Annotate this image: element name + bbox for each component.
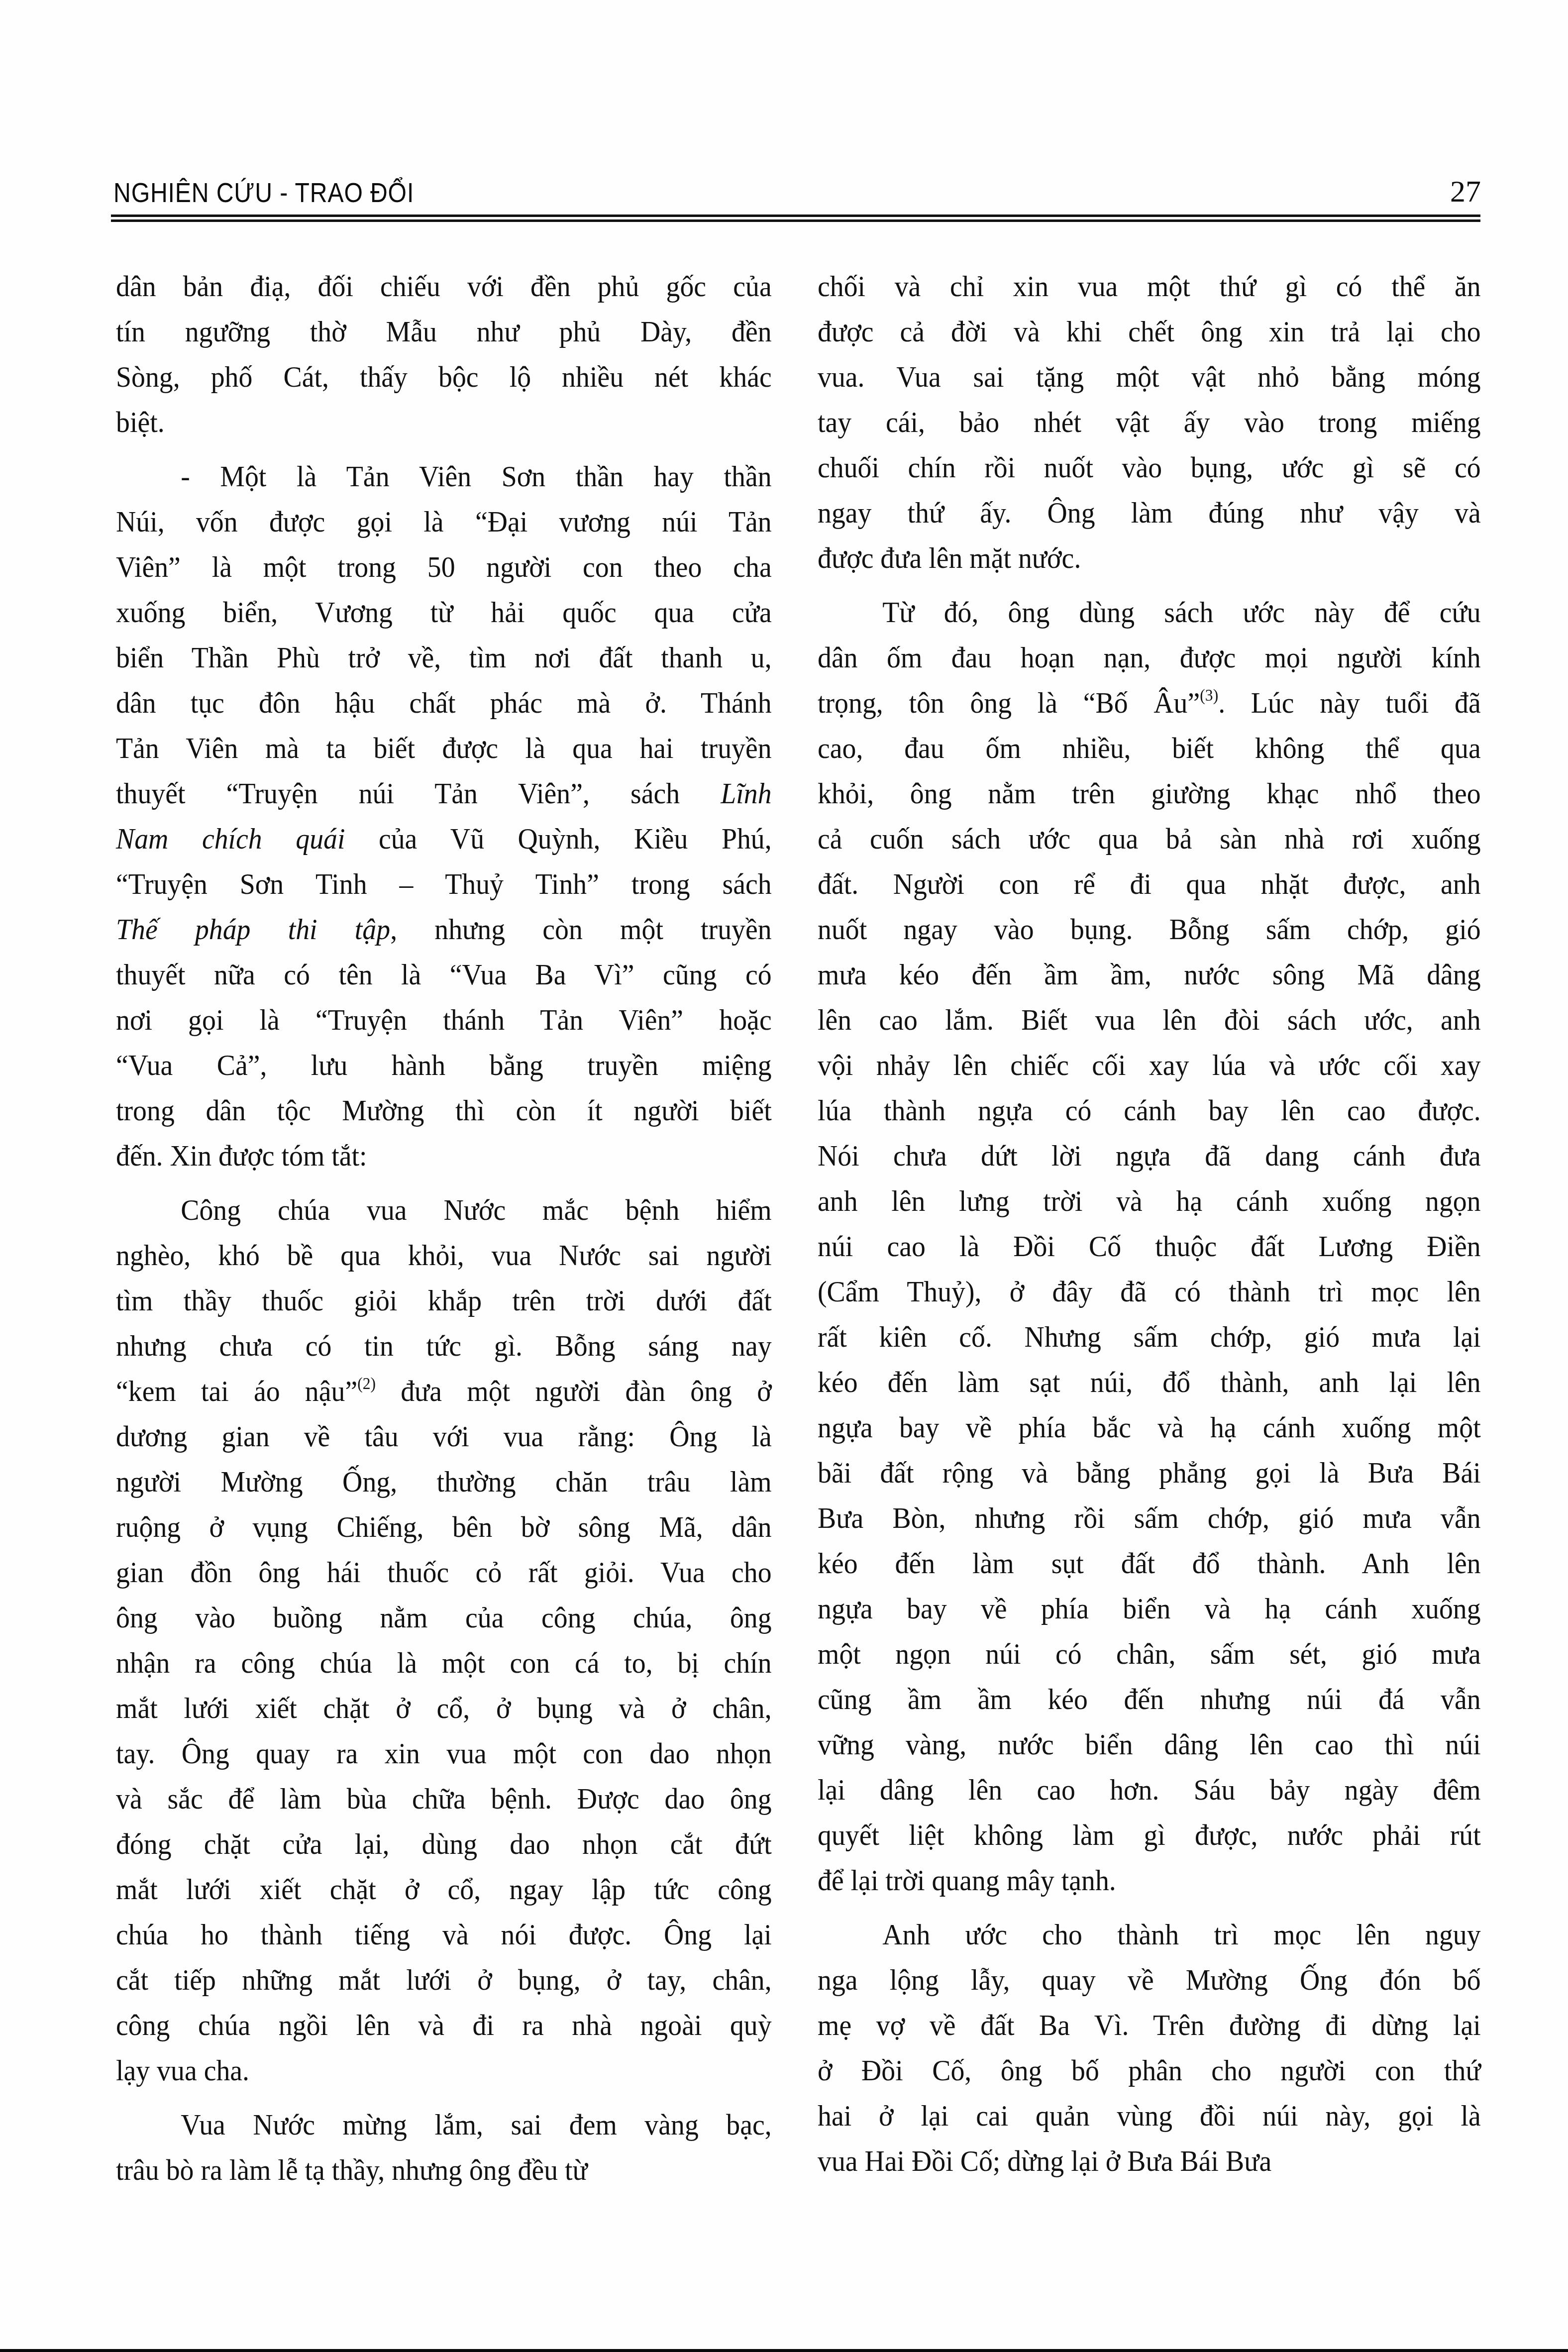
text-line: ở Đồi Cố, ông bố phân cho người con thứ: [818, 2048, 1481, 2093]
text-line: bãi đất rộng và bằng phẳng gọi là Bưa Bá…: [818, 1450, 1481, 1496]
text-line: “Truyện Sơn Tinh – Thuỷ Tinh” trong sách: [116, 861, 772, 907]
section-title: NGHIÊN CỨU - TRAO ĐỔI: [113, 175, 414, 210]
text-line: tín ngưỡng thờ Mẫu như phủ Dày, đền: [116, 309, 772, 354]
text-line: người Mường Ống, thường chăn trâu làm: [116, 1459, 772, 1504]
text-line: Thế pháp thi tập, nhưng còn một truyền: [116, 907, 772, 952]
text-line: nghèo, khó bề qua khỏi, vua Nước sai ngư…: [116, 1233, 772, 1278]
text-line: “Vua Cả”, lưu hành bằng truyền miệng: [116, 1043, 772, 1088]
text-line: Anh ước cho thành trì mọc lên nguy: [818, 1912, 1481, 1957]
text-line: để lại trời quang mây tạnh.: [818, 1858, 1481, 1903]
left-column: dân bản điạ, đối chiếu với đền phủ gốc c…: [116, 264, 772, 2193]
text-line: ngựa bay về phía bắc và hạ cánh xuống mộ…: [818, 1405, 1481, 1450]
text-line: dân bản điạ, đối chiếu với đền phủ gốc c…: [116, 264, 772, 309]
text-line: núi cao là Đồi Cố thuộc đất Lương Điền: [818, 1224, 1481, 1269]
text-line: dương gian về tâu với vua rằng: Ông là: [116, 1414, 772, 1459]
paragraph-gap: [818, 1903, 1481, 1912]
text-line: trọng, tôn ông là “Bố Âu”(3). Lúc này tu…: [818, 680, 1481, 726]
text-line: rất kiên cố. Nhưng sấm chớp, gió mưa lại: [818, 1314, 1481, 1360]
text-line: nhận ra công chúa là một con cá to, bị c…: [116, 1640, 772, 1686]
text-line: nhưng chưa có tin tức gì. Bỗng sáng nay: [116, 1323, 772, 1369]
text-line: đến. Xin được tóm tắt:: [116, 1133, 772, 1178]
paragraph-gap: [818, 581, 1481, 590]
page-number: 27: [1450, 174, 1481, 209]
text-line: được đưa lên mặt nước.: [818, 535, 1481, 581]
text-line: dân tục đôn hậu chất phác mà ở. Thánh: [116, 680, 772, 726]
text-line: lại dâng lên cao hơn. Sáu bảy ngày đêm: [818, 1767, 1481, 1813]
text-line: trâu bò ra làm lễ tạ thầy, nhưng ông đều…: [116, 2147, 772, 2193]
text-line: cao, đau ốm nhiều, biết không thể qua: [818, 726, 1481, 771]
text-line: vua. Vua sai tặng một vật nhỏ bằng móng: [818, 354, 1481, 400]
paragraph-gap: [116, 1178, 772, 1187]
paragraph: dân bản điạ, đối chiếu với đền phủ gốc c…: [116, 264, 772, 445]
text-line: kéo đến làm sụt đất đổ thành. Anh lên: [818, 1541, 1481, 1586]
text-line: Viên” là một trong 50 người con theo cha: [116, 544, 772, 590]
text-line: lên cao lắm. Biết vua lên đòi sách ước, …: [818, 997, 1481, 1043]
text-line: mắt lưới xiết chặt ở cổ, ở bụng và ở châ…: [116, 1686, 772, 1731]
text-line: dân ốm đau hoạn nạn, được mọi người kính: [818, 635, 1481, 680]
text-line: cả cuốn sách ước qua bả sàn nhà rơi xuốn…: [818, 816, 1481, 861]
running-header: NGHIÊN CỨU - TRAO ĐỔI 27: [113, 175, 1481, 210]
text-line: nuốt ngay vào bụng. Bỗng sấm chớp, gió: [818, 907, 1481, 952]
text-line: mưa kéo đến ầm ầm, nước sông Mã dâng: [818, 952, 1481, 997]
text-line: xuống biển, Vương từ hải quốc qua cửa: [116, 590, 772, 635]
text-line: mẹ vợ về đất Ba Vì. Trên đường đi dừng l…: [818, 2003, 1481, 2048]
text-line: biển Thần Phù trở về, tìm nơi đất thanh …: [116, 635, 772, 680]
text-line: chuối chín rồi nuốt vào bụng, ước gì sẽ …: [818, 445, 1481, 490]
text-line: thuyết “Truyện núi Tản Viên”, sách Lĩnh: [116, 771, 772, 816]
text-line: trong dân tộc Mường thì còn ít người biế…: [116, 1088, 772, 1133]
text-line: Nam chích quái của Vũ Quỳnh, Kiều Phú,: [116, 816, 772, 861]
text-line: lúa thành ngựa có cánh bay lên cao được.: [818, 1088, 1481, 1133]
text-line: Núi, vốn được gọi là “Đại vương núi Tản: [116, 499, 772, 544]
text-line: (Cẩm Thuỷ), ở đây đã có thành trì mọc lê…: [818, 1269, 1481, 1314]
paragraph: - Một là Tản Viên Sơn thần hay thầnNúi, …: [116, 454, 772, 1178]
text-line: Bưa Bòn, nhưng rồi sấm chớp, gió mưa vẫn: [818, 1496, 1481, 1541]
header-rule-bottom: [111, 219, 1480, 222]
text-line: Tản Viên mà ta biết được là qua hai truy…: [116, 726, 772, 771]
text-line: ông vào buồng nằm của công chúa, ông: [116, 1595, 772, 1640]
text-line: quyết liệt không làm gì được, nước phải …: [818, 1813, 1481, 1858]
text-line: vững vàng, nước biển dâng lên cao thì nú…: [818, 1722, 1481, 1767]
text-line: cũng ầm ầm kéo đến nhưng núi đá vẫn: [818, 1677, 1481, 1722]
text-line: kéo đến làm sạt núi, đổ thành, anh lại l…: [818, 1360, 1481, 1405]
text-line: chúa ho thành tiếng và nói được. Ông lại: [116, 1912, 772, 1957]
text-line: tìm thầy thuốc giỏi khắp trên trời dưới …: [116, 1278, 772, 1323]
text-line: gian đồn ông hái thuốc cỏ rất giỏi. Vua …: [116, 1550, 772, 1595]
text-line: và sắc để làm bùa chữa bệnh. Được dao ôn…: [116, 1776, 772, 1821]
paragraph-gap: [116, 445, 772, 454]
text-line: hai ở lại cai quản vùng đồi núi này, gọi…: [818, 2093, 1481, 2138]
text-line: nơi gọi là “Truyện thánh Tản Viên” hoặc: [116, 997, 772, 1043]
text-line: Nói chưa dứt lời ngựa đã dang cánh đưa: [818, 1133, 1481, 1178]
right-column: chối và chỉ xin vua một thứ gì có thể ăn…: [818, 264, 1481, 2184]
scan-bottom-edge: [0, 2349, 1568, 2352]
paragraph: Công chúa vua Nước mắc bệnh hiểmnghèo, k…: [116, 1187, 772, 2093]
document-page: NGHIÊN CỨU - TRAO ĐỔI 27 dân bản điạ, đố…: [0, 0, 1568, 2352]
text-line: - Một là Tản Viên Sơn thần hay thần: [116, 454, 772, 499]
text-line: tay cái, bảo nhét vật ấy vào trong miếng: [818, 400, 1481, 445]
text-line: vội nhảy lên chiếc cối xay lúa và ước cố…: [818, 1043, 1481, 1088]
text-line: được cả đời và khi chết ông xin trả lại …: [818, 309, 1481, 354]
text-line: ngựa bay về phía biển và hạ cánh xuống: [818, 1586, 1481, 1631]
text-line: Từ đó, ông dùng sách ước này để cứu: [818, 590, 1481, 635]
text-line: biệt.: [116, 400, 772, 445]
text-line: cắt tiếp những mắt lưới ở bụng, ở tay, c…: [116, 1957, 772, 2003]
paragraph: Vua Nước mừng lắm, sai đem vàng bạc,trâu…: [116, 2102, 772, 2193]
text-line: khỏi, ông nằm trên giường khạc nhổ theo: [818, 771, 1481, 816]
text-line: Công chúa vua Nước mắc bệnh hiểm: [116, 1187, 772, 1233]
paragraph: Từ đó, ông dùng sách ước này để cứudân ố…: [818, 590, 1481, 1903]
text-line: thuyết nữa có tên là “Vua Ba Vì” cũng có: [116, 952, 772, 997]
text-line: ruộng ở vụng Chiếng, bên bờ sông Mã, dân: [116, 1504, 772, 1550]
text-line: tay. Ông quay ra xin vua một con dao nhọ…: [116, 1731, 772, 1776]
paragraph: Anh ước cho thành trì mọc lên nguynga lộ…: [818, 1912, 1481, 2184]
text-line: vua Hai Đồi Cố; dừng lại ở Bưa Bái Bưa: [818, 2138, 1481, 2184]
text-line: lạy vua cha.: [116, 2048, 772, 2093]
text-line: công chúa ngồi lên và đi ra nhà ngoài qu…: [116, 2003, 772, 2048]
text-line: Vua Nước mừng lắm, sai đem vàng bạc,: [116, 2102, 772, 2147]
text-line: anh lên lưng trời và hạ cánh xuống ngọn: [818, 1178, 1481, 1224]
text-line: Sòng, phố Cát, thấy bộc lộ nhiều nét khá…: [116, 354, 772, 400]
text-line: chối và chỉ xin vua một thứ gì có thể ăn: [818, 264, 1481, 309]
text-line: đóng chặt cửa lại, dùng dao nhọn cắt đứt: [116, 1821, 772, 1867]
text-line: đất. Người con rể đi qua nhặt được, anh: [818, 861, 1481, 907]
paragraph-gap: [116, 2093, 772, 2102]
paragraph: chối và chỉ xin vua một thứ gì có thể ăn…: [818, 264, 1481, 581]
text-line: ngay thứ ấy. Ông làm đúng như vậy và: [818, 490, 1481, 535]
text-line: “kem tai áo nậu”(2) đưa một người đàn ôn…: [116, 1369, 772, 1414]
text-line: nga lộng lẫy, quay về Mường Ống đón bố: [818, 1957, 1481, 2003]
header-rule-top: [111, 214, 1480, 217]
text-line: mắt lưới xiết chặt ở cổ, ngay lập tức cô…: [116, 1867, 772, 1912]
text-line: một ngọn núi có chân, sấm sét, gió mưa: [818, 1631, 1481, 1677]
